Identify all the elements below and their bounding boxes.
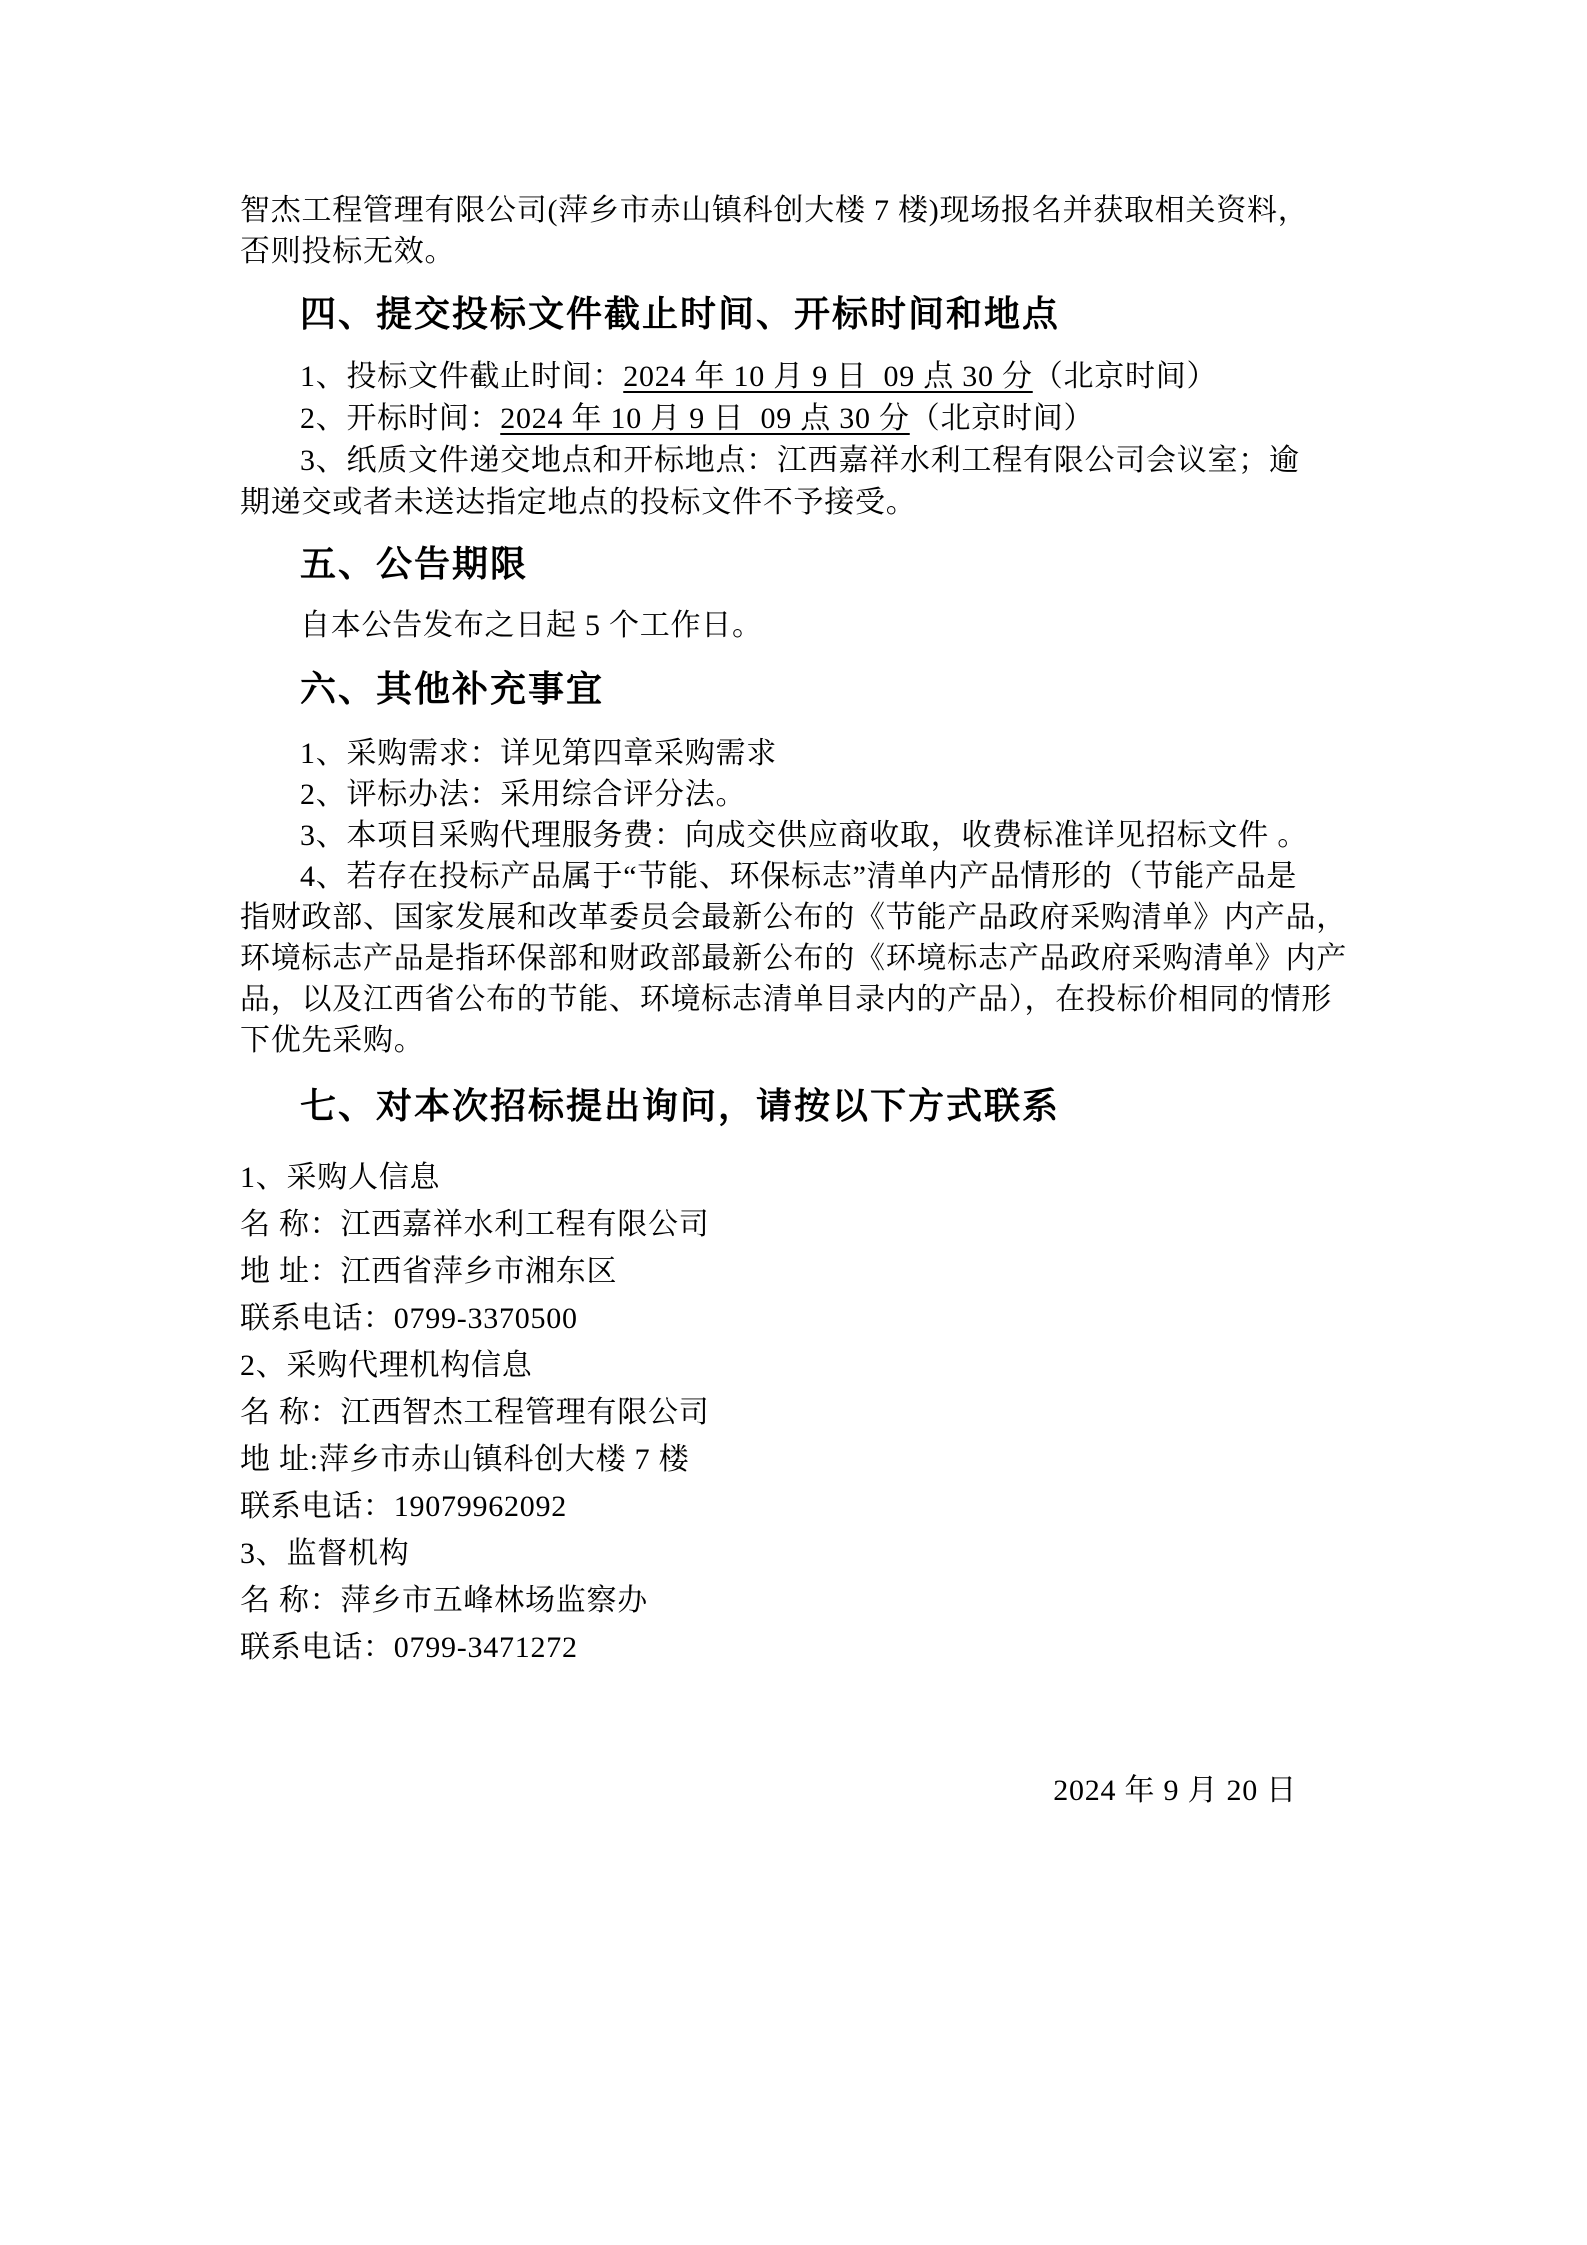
contact-line: 地 址：江西省萍乡市湘东区 xyxy=(240,1248,1347,1295)
item1-prefix: 1、投标文件截止时间： xyxy=(300,360,623,393)
text-line: 2、开标时间：2024 年 10 月 9 日 09 点 30 分（北京时间） xyxy=(240,398,1347,440)
contact-line: 联系电话：0799-3471272 xyxy=(240,1624,1347,1671)
contact-info-block: 1、采购人信息 名 称：江西嘉祥水利工程有限公司 地 址：江西省萍乡市湘东区 联… xyxy=(240,1154,1347,1671)
item2-prefix: 2、开标时间： xyxy=(300,402,500,435)
text-line: 下优先采购。 xyxy=(240,1020,1347,1061)
section6-heading: 六、其他补充事宜 xyxy=(240,667,1347,711)
section6-items: 1、采购需求：详见第四章采购需求 2、评标办法：采用综合评分法。 3、本项目采购… xyxy=(240,733,1347,1061)
section4-heading: 四、提交投标文件截止时间、开标时间和地点 xyxy=(240,292,1347,336)
text-line: 1、投标文件截止时间：2024 年 10 月 9 日 09 点 30 分（北京时… xyxy=(240,356,1347,398)
signature-date: 2024 年 9 月 20 日 xyxy=(1053,1770,1297,1811)
text-line: 品，以及江西省公布的节能、环境标志清单目录内的产品），在投标价相同的情形 xyxy=(240,979,1347,1020)
text-line: 4、若存在投标产品属于“节能、环保标志”清单内产品情形的（节能产品是 xyxy=(240,856,1347,897)
section4-items: 1、投标文件截止时间：2024 年 10 月 9 日 09 点 30 分（北京时… xyxy=(240,356,1347,524)
contact-line: 3、监督机构 xyxy=(240,1530,1347,1577)
contact-line: 名 称：江西智杰工程管理有限公司 xyxy=(240,1389,1347,1436)
contact-line: 联系电话：0799-3370500 xyxy=(240,1295,1347,1342)
section5-heading: 五、公告期限 xyxy=(240,542,1347,586)
item2-suffix: （北京时间） xyxy=(910,402,1095,435)
text-line: 智杰工程管理有限公司(萍乡市赤山镇科创大楼 7 楼)现场报名并获取相关资料， xyxy=(240,190,1347,231)
intro-paragraph: 智杰工程管理有限公司(萍乡市赤山镇科创大楼 7 楼)现场报名并获取相关资料， 否… xyxy=(240,190,1347,272)
contact-line: 名 称：萍乡市五峰林场监察办 xyxy=(240,1577,1347,1624)
text-line: 自本公告发布之日起 5 个工作日。 xyxy=(240,605,1347,646)
contact-line: 地 址:萍乡市赤山镇科创大楼 7 楼 xyxy=(240,1436,1347,1483)
item1-suffix: （北京时间） xyxy=(1033,360,1218,393)
contact-line: 1、采购人信息 xyxy=(240,1154,1347,1201)
text-line: 期递交或者未送达指定地点的投标文件不予接受。 xyxy=(240,482,1347,524)
text-line: 1、采购需求：详见第四章采购需求 xyxy=(240,733,1347,774)
document-content: 智杰工程管理有限公司(萍乡市赤山镇科创大楼 7 楼)现场报名并获取相关资料， 否… xyxy=(240,0,1347,2245)
text-line: 环境标志产品是指环保部和财政部最新公布的《环境标志产品政府采购清单》内产 xyxy=(240,938,1347,979)
section7-heading: 七、对本次招标提出询问，请按以下方式联系 xyxy=(240,1084,1347,1128)
contact-line: 联系电话：19079962092 xyxy=(240,1483,1347,1530)
contact-line: 2、采购代理机构信息 xyxy=(240,1342,1347,1389)
text-line: 否则投标无效。 xyxy=(240,231,1347,272)
contact-line: 名 称：江西嘉祥水利工程有限公司 xyxy=(240,1201,1347,1248)
section5-body: 自本公告发布之日起 5 个工作日。 xyxy=(240,605,1347,646)
text-line: 2、评标办法：采用综合评分法。 xyxy=(240,774,1347,815)
text-line: 3、本项目采购代理服务费：向成交供应商收取，收费标准详见招标文件 。 xyxy=(240,815,1347,856)
item2-opening-time-underlined: 2024 年 10 月 9 日 09 点 30 分 xyxy=(500,402,910,435)
item1-deadline-underlined: 2024 年 10 月 9 日 09 点 30 分 xyxy=(623,360,1033,393)
text-line: 指财政部、国家发展和改革委员会最新公布的《节能产品政府采购清单》内产品， xyxy=(240,897,1347,938)
document-page: 智杰工程管理有限公司(萍乡市赤山镇科创大楼 7 楼)现场报名并获取相关资料， 否… xyxy=(0,0,1587,2245)
text-line: 3、纸质文件递交地点和开标地点：江西嘉祥水利工程有限公司会议室；逾 xyxy=(240,440,1347,482)
